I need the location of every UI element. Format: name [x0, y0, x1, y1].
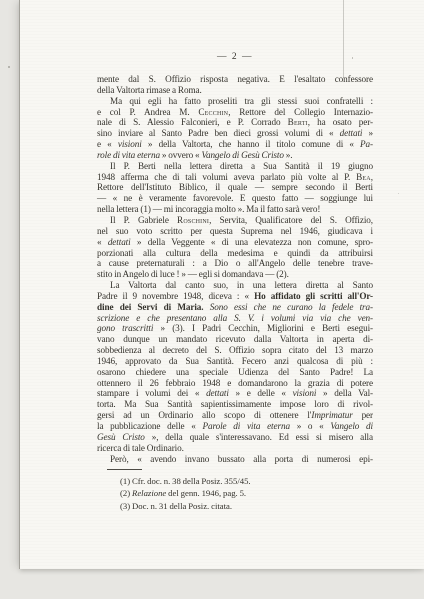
text-run: Però, « avendo invano bussato alla porta…	[110, 454, 373, 464]
text-run: Padre il 9 novembre 1948, diceva : «	[97, 291, 254, 301]
body-line: gono trascritti » (3). I Padri Cecchin, …	[97, 323, 373, 334]
text-run: Relazione	[132, 488, 166, 498]
text-run: sobbedienza al decreto del S. Offizio so…	[97, 345, 373, 355]
text-run: Il P. Gabriele	[110, 215, 177, 225]
text-run: (2)	[120, 488, 132, 498]
body-line: ottennero il 26 febbraio 1948 e domandar…	[97, 378, 373, 389]
body-line: gersi ad un Ordinario allo scopo di otte…	[97, 410, 373, 421]
text-run: — « ne è veramente favorevole. E questo …	[97, 193, 373, 203]
body-line: la pubblicazione delle « Parole di vita …	[97, 421, 373, 432]
text-run: Sono essi che ne curano la fedele tra-	[210, 302, 373, 312]
text-run: nel suo voto scritto per questa Suprema …	[97, 226, 373, 236]
text-run: 1946, approvato da Sua Santità. Fecero a…	[97, 356, 373, 366]
body-line: sobbedienza al decreto del S. Offizio so…	[97, 345, 373, 356]
text-run: visioni	[293, 388, 317, 398]
body-line: dine dei Servi di Maria. Sono essi che n…	[97, 302, 373, 313]
body-line: Gesù Cristo », della quale s'interessava…	[97, 432, 373, 443]
text-run: torta. Ma Sua Santità sapientissimamente…	[97, 399, 373, 409]
scan-speck	[8, 66, 10, 68]
footnote-line: (2) Relazione del genn. 1946, pag. 5.	[120, 487, 370, 499]
body-line: torta. Ma Sua Santità sapientissimamente…	[97, 399, 373, 410]
text-run: stito in Angelo di luce ! » — egli si do…	[97, 269, 289, 279]
text-run: Cecchin	[198, 107, 228, 117]
text-run: nella lettera (1) — mi incoraggia molto …	[97, 204, 320, 214]
text-run: » ovvero «	[160, 150, 202, 160]
body-line: « dettati » della Veggente « di una elev…	[97, 237, 373, 248]
text-run: del genn. 1946, pag. 5.	[166, 488, 246, 498]
text-run: role di vita eterna	[97, 150, 160, 160]
body-line: a cause preternaturali : a Dio o all'Ang…	[97, 258, 373, 269]
footnote-rule	[107, 469, 142, 470]
text-run: , Servita, Qualificatore del S. Offizio,	[209, 215, 373, 225]
body-line: della Valtorta rimase a Roma.	[97, 85, 373, 96]
text-run: »	[362, 128, 373, 138]
body-line: Rettore dell'Istituto Biblico, il quale …	[97, 182, 373, 193]
text-run: Bea	[356, 172, 371, 182]
page-number: — 2 —	[97, 52, 373, 62]
body-line: sino inviare al Santo Padre ben dieci gr…	[97, 128, 373, 139]
text-run: della Valtorta rimase a Roma.	[97, 85, 202, 95]
text-run: » della Veggente « di una elevatezza non…	[131, 237, 373, 247]
body-line: vano dunque un mandato ricevuto dalla Va…	[97, 334, 373, 345]
text-run: «	[97, 237, 108, 247]
text-run: » o «	[290, 421, 330, 431]
body-line: — « ne è veramente favorevole. E questo …	[97, 193, 373, 204]
text-run: dettati	[206, 388, 229, 398]
text-run: sino inviare al Santo Padre ben dieci gr…	[97, 128, 340, 138]
body-line: La Valtorta dal canto suo, in una letter…	[97, 280, 373, 291]
text-run: per	[353, 410, 373, 420]
text-run: ricerca di tale Ordinario.	[97, 443, 184, 453]
body-line: e col P. Andrea M. Cecchin, Rettore del …	[97, 107, 373, 118]
text-run: gersi ad un Ordinario allo scopo di otte…	[97, 410, 311, 420]
body-line: role di vita eterna » ovvero « Vangelo d…	[97, 150, 373, 161]
text-run: Ho affidato gli scritti all'Or-	[254, 291, 373, 301]
body-line: stito in Angelo di luce ! » — egli si do…	[97, 269, 373, 280]
text-run: Parole di vita eterna	[202, 421, 289, 431]
body-line: Padre il 9 novembre 1948, diceva : « Ho …	[97, 291, 373, 302]
text-run: Berti	[288, 117, 308, 127]
body-line: Ma qui egli ha fatto proseliti tra gli s…	[97, 96, 373, 107]
text-run: dettati	[340, 128, 363, 138]
text-run: mente dal S. Offizio risposta negativa. …	[97, 74, 373, 84]
body-line: 1948 afferma che di tali volumi aveva pa…	[97, 172, 373, 183]
text-run: », della quale s'interessavano. Ed essi …	[145, 432, 373, 442]
body-line: nale di S. Alessio Falconieri, e P. Corr…	[97, 117, 373, 128]
body-line: osarono chiedere una speciale Udienza de…	[97, 367, 373, 378]
body-line: nella lettera (1) — mi incoraggia molto …	[97, 204, 373, 215]
body-line: Il P. Berti nella lettera diretta a Sua …	[97, 161, 373, 172]
scan-speck	[398, 193, 399, 194]
text-run: La Valtorta dal canto suo, in una letter…	[110, 280, 373, 290]
body-line: scrizione e che presentano alla S. V. i …	[97, 313, 373, 324]
body-text: mente dal S. Offizio risposta negativa. …	[97, 74, 373, 464]
text-run: scrizione e che presentano alla S. V. i …	[97, 313, 373, 323]
text-run: Gesù Cristo	[97, 432, 145, 442]
text-run: Il P. Berti nella lettera diretta a Sua …	[110, 161, 373, 171]
text-run: Ma qui egli ha fatto proseliti tra gli s…	[110, 96, 373, 106]
body-line: 1946, approvato da Sua Santità. Fecero a…	[97, 356, 373, 367]
text-run: a cause preternaturali : a Dio o all'Ang…	[97, 258, 373, 268]
text-run: visioni	[118, 139, 142, 149]
text-run: la pubblicazione delle «	[97, 421, 202, 431]
text-run: » (3). I Padri Cecchin, Migliorini e Ber…	[153, 323, 373, 333]
text-run: vano dunque un mandato ricevuto dalla Va…	[97, 334, 373, 344]
text-run: porzionati alla cultura della medesima e…	[97, 248, 373, 258]
text-run: nale di S. Alessio Falconieri, e P. Corr…	[97, 117, 288, 127]
text-run: 1948 afferma che di tali volumi aveva pa…	[97, 172, 356, 182]
text-run: » della Valtorta, che hanno il titolo co…	[142, 139, 360, 149]
body-line: e « visioni » della Valtorta, che hanno …	[97, 139, 373, 150]
footnote-line: (1) Cfr. doc. n. 38 della Posiz. 355/45.	[120, 475, 370, 487]
body-line: porzionati alla cultura della medesima e…	[97, 248, 373, 259]
text-run: dettati	[108, 237, 131, 247]
body-line: mente dal S. Offizio risposta negativa. …	[97, 74, 373, 85]
text-run: » e delle «	[229, 388, 293, 398]
text-run: stampare i volumi dei «	[97, 388, 206, 398]
text-run: (1) Cfr. doc. n. 38 della Posiz. 355/45.	[120, 476, 251, 486]
text-run: gono trascritti	[97, 323, 153, 333]
text-run: ».	[284, 150, 293, 160]
text-run: e «	[97, 139, 118, 149]
text-run: Rettore dell'Istituto Biblico, il quale …	[97, 182, 373, 192]
text-run: Vangelo di	[330, 421, 373, 431]
scanned-page-background: — 2 — mente dal S. Offizio risposta nega…	[0, 0, 424, 599]
body-line: Però, « avendo invano bussato alla porta…	[97, 454, 373, 465]
body-line: nel suo voto scritto per questa Suprema …	[97, 226, 373, 237]
text-run: ottennero il 26 febbraio 1948 e domandar…	[97, 378, 373, 388]
text-run: e col P. Andrea M.	[97, 107, 198, 117]
body-line: stampare i volumi dei « dettati » e dell…	[97, 388, 373, 399]
footnote-line: (3) Doc. n. 31 della Posiz. citata.	[120, 500, 370, 512]
text-run: osarono chiedere una speciale Udienza de…	[97, 367, 373, 377]
text-run: » della Val-	[316, 388, 373, 398]
text-run: , ha osato per-	[308, 117, 373, 127]
text-run: (3) Doc. n. 31 della Posiz. citata.	[120, 501, 232, 511]
text-run: ,	[371, 172, 373, 182]
text-run: Imprimatur	[311, 410, 352, 420]
text-run: Roschini	[177, 215, 209, 225]
body-line: Il P. Gabriele Roschini, Servita, Qualif…	[97, 215, 373, 226]
text-run: Vangelo di Gesù Cristo	[201, 150, 283, 160]
text-run: , Rettore del Collegio Internazio-	[228, 107, 373, 117]
body-line: ricerca di tale Ordinario.	[97, 443, 373, 454]
text-run: dine dei Servi di Maria.	[97, 302, 204, 312]
footnotes: (1) Cfr. doc. n. 38 della Posiz. 355/45.…	[120, 475, 370, 512]
text-run: Pa-	[360, 139, 373, 149]
page-crease	[343, 0, 344, 78]
